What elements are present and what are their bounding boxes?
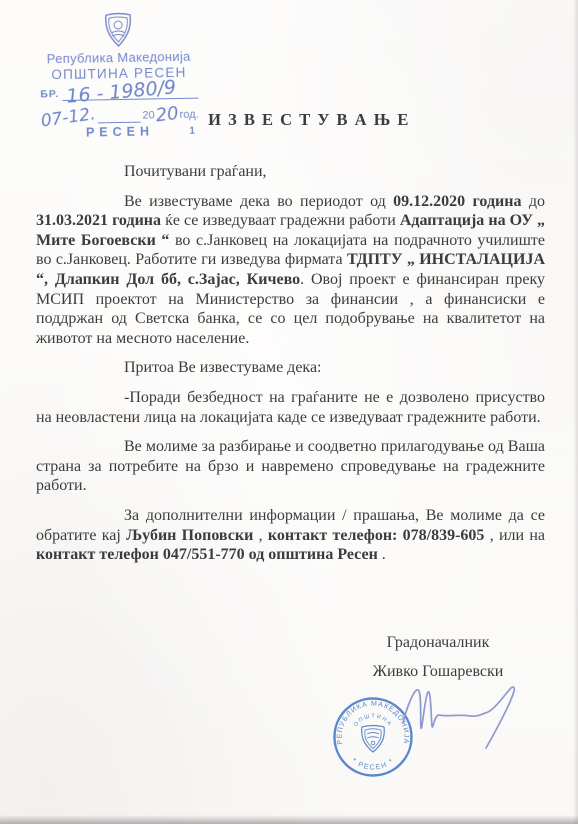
stamp-coat-of-arms-icon (103, 12, 134, 49)
salutation: Почитувани граѓани, (36, 162, 545, 182)
stamp-municipality-label: ОПШТИНА РЕСЕН (34, 65, 204, 83)
stamp-number-line: 16 - 1980/9 (62, 84, 198, 101)
document-page: Република Македонија ОПШТИНА РЕСЕН БР. 1… (0, 0, 578, 824)
paragraph-additional-notice-intro: Притоа Ве известуваме дека: (36, 358, 545, 378)
svg-text:* РЕСЕН *: * РЕСЕН * (350, 756, 396, 772)
signatory-name: Живко Гошаревски (358, 662, 518, 681)
seal-coat-of-arms-icon (362, 726, 385, 753)
handwritten-signature (392, 680, 527, 752)
paragraph-contact-info: За дополнителни информации / прашања, Ве… (36, 506, 545, 565)
paragraph-understanding-request: Ве молиме за разбирање и соодветно прила… (36, 437, 545, 496)
stamp-number-row: БР. 16 - 1980/9 (34, 84, 204, 102)
signatory-role: Градоначалник (358, 633, 518, 652)
signature-block: Градоначалник Живко Гошаревски (358, 633, 518, 681)
stamp-number-label: БР. (40, 88, 59, 101)
stamp-country-label: Република Македонија (34, 49, 204, 67)
document-body: Почитувани граѓани, Ве известуваме дека … (36, 162, 545, 575)
paragraph-safety-restriction: -Поради безбедност на граѓаните не е доз… (36, 388, 545, 427)
document-title: И З В Е С Т У В А Њ Е (50, 110, 568, 130)
paragraph-construction-notice: Ве известуваме дека во периодот од 09.12… (36, 192, 545, 349)
seal-outer-bottom-text: * РЕСЕН * (350, 756, 396, 772)
